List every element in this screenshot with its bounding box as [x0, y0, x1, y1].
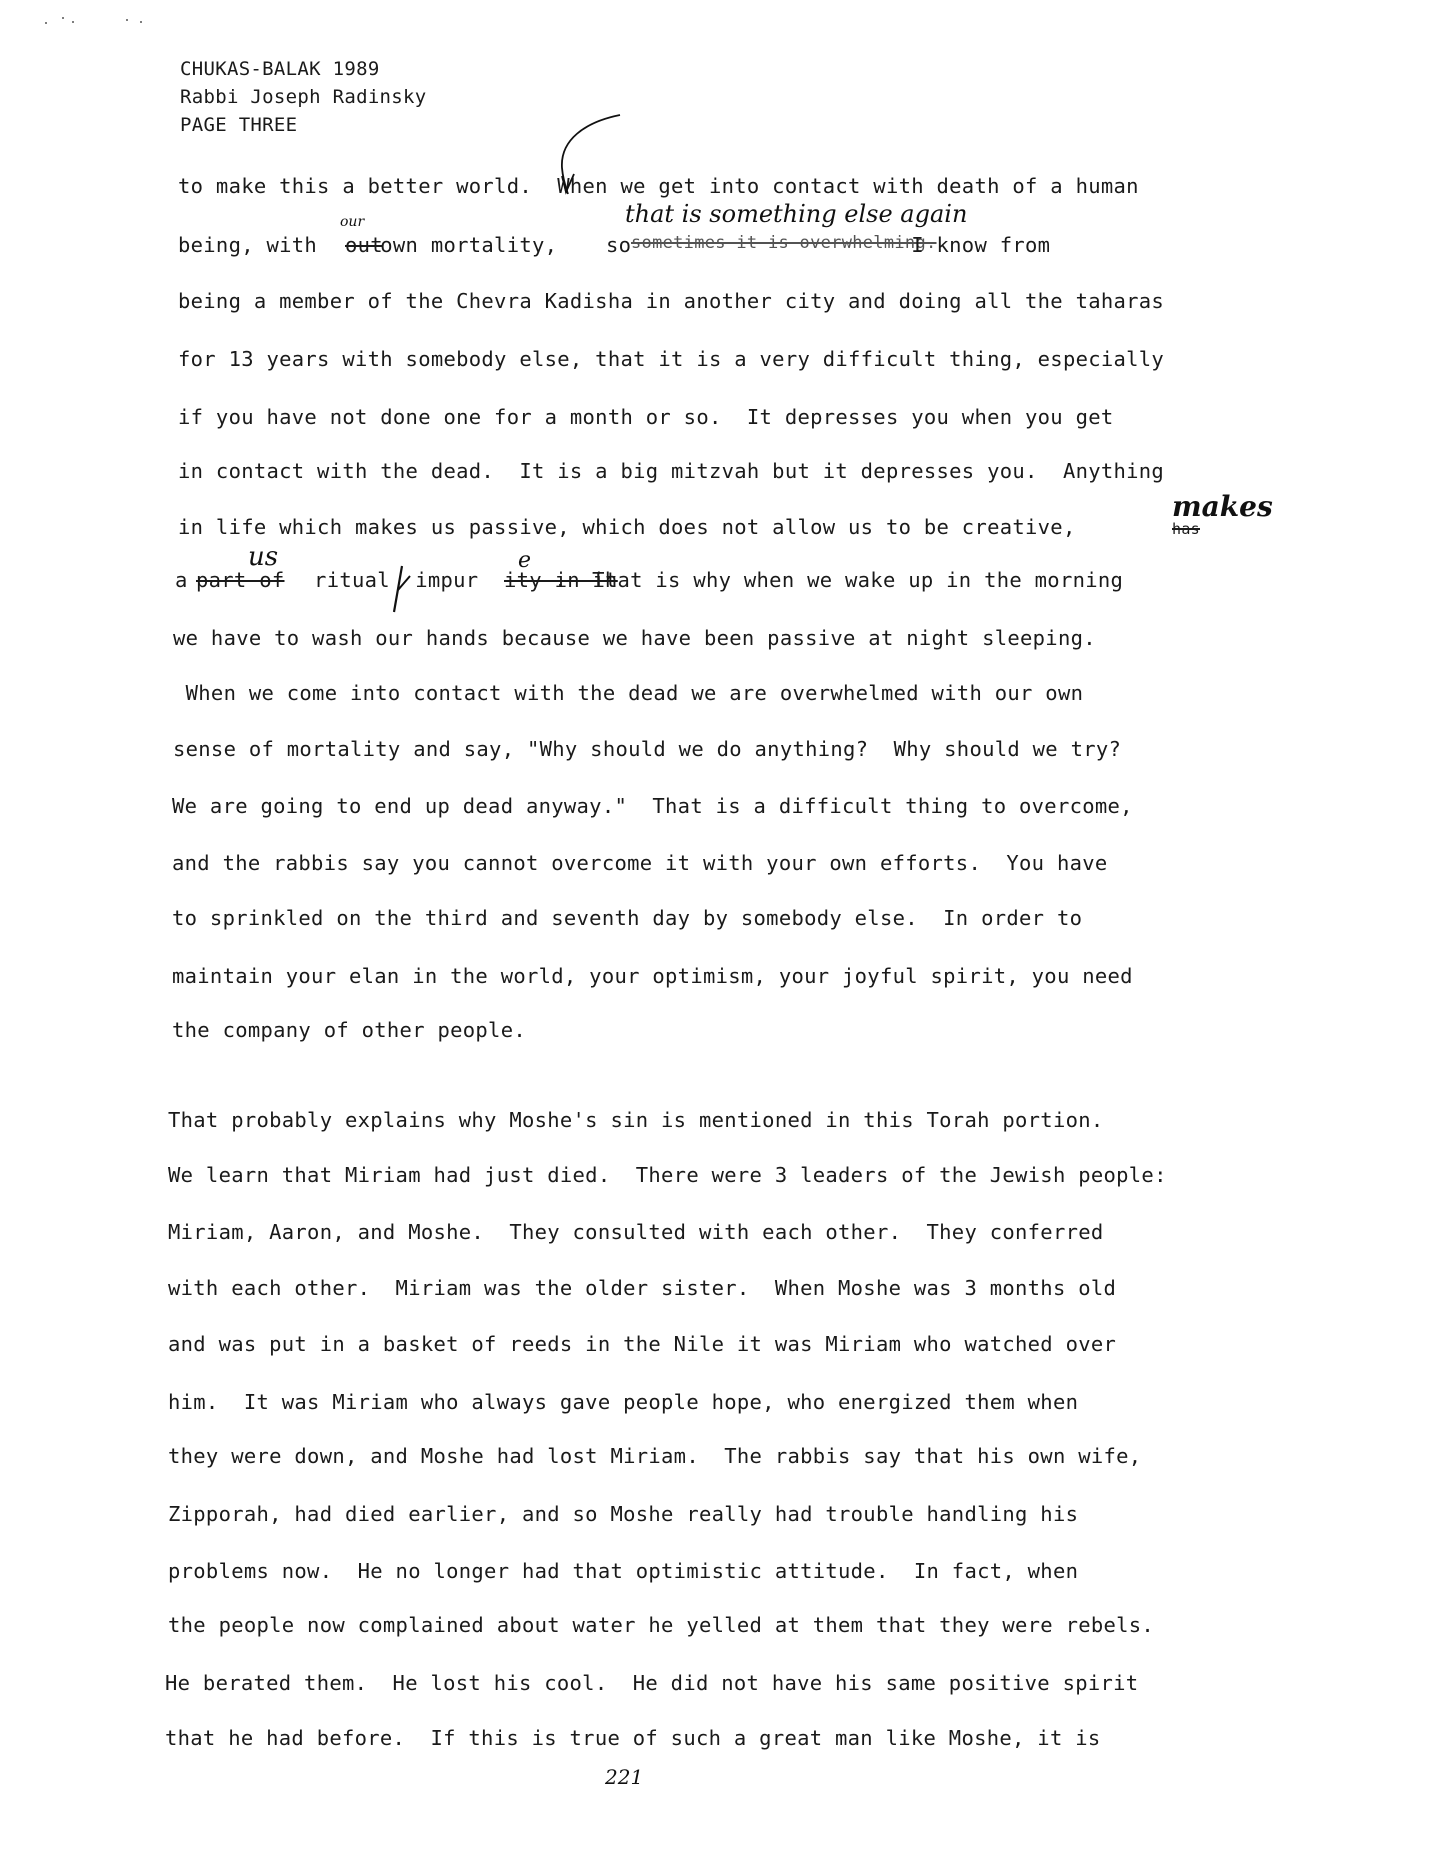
text-line: for 13 years with somebody else, that it… — [178, 347, 1164, 371]
text-line: in life which makes us passive, which do… — [178, 515, 1076, 539]
text-line: we have to wash our hands because we hav… — [173, 626, 1096, 650]
document-title: CHUKAS-BALAK 1989 — [180, 58, 380, 80]
scan-speck — [126, 19, 128, 21]
text-line: and the rabbis say you cannot overcome i… — [172, 851, 1108, 875]
page-label: PAGE THREE — [180, 114, 297, 136]
text-line: to sprinkled on the third and seventh da… — [172, 906, 1082, 930]
text-line: That probably explains why Moshe's sin i… — [168, 1108, 1104, 1132]
text-line: the people now complained about water he… — [168, 1613, 1154, 1637]
text-line: problems now. He no longer had that opti… — [168, 1559, 1078, 1583]
text-line: with each other. Miriam was the older si… — [168, 1276, 1116, 1300]
handwritten-insertion: that is something else again — [625, 200, 967, 228]
text-line: in contact with the dead. It is a big mi… — [178, 459, 1164, 483]
text-line: if you have not done one for a month or … — [178, 405, 1114, 429]
text-line: sense of mortality and say, "Why should … — [173, 737, 1121, 761]
text-line: the company of other people. — [172, 1018, 526, 1042]
handwritten-insertion: makes — [1172, 490, 1273, 523]
scan-speck — [62, 17, 64, 19]
text-line: him. It was Miriam who always gave peopl… — [168, 1390, 1078, 1414]
text-line: Miriam, Aaron, and Moshe. They consulted… — [168, 1220, 1104, 1244]
scan-speck — [72, 21, 74, 23]
text-line: maintain your elan in the world, your op… — [172, 964, 1133, 988]
struck-phrase: sometimes it is overwhelming. — [631, 233, 937, 253]
text-line: being a member of the Chevra Kadisha in … — [178, 289, 1164, 313]
scan-speck — [45, 22, 47, 24]
text-line: they were down, and Moshe had lost Miria… — [168, 1444, 1141, 1468]
text-line: He berated them. He lost his cool. He di… — [165, 1671, 1138, 1695]
text-fragment: so — [606, 233, 631, 257]
document-author: Rabbi Joseph Radinsky — [180, 86, 427, 108]
text-line: Zipporah, had died earlier, and so Moshe… — [168, 1502, 1078, 1526]
text-line: that he had before. If this is true of s… — [165, 1726, 1101, 1750]
text-line: When we come into contact with the dead … — [173, 681, 1083, 705]
scan-speck — [140, 21, 142, 23]
handwritten-insertion: us — [248, 542, 278, 572]
text-line: a ritual impur . That is why when we wak… — [175, 568, 1123, 592]
text-line: and was put in a basket of reeds in the … — [168, 1332, 1116, 1356]
page-number-mark: 221 — [605, 1765, 643, 1789]
struck-word: out — [345, 233, 383, 257]
text-line: to make this a better world. When we get… — [178, 174, 1139, 198]
document-page: CHUKAS-BALAK 1989 Rabbi Joseph Radinsky … — [0, 0, 1430, 1851]
handwritten-insertion: our — [340, 214, 364, 230]
text-line: We learn that Miriam had just died. Ther… — [168, 1163, 1167, 1187]
handwritten-insertion: e — [518, 548, 531, 573]
text-line: We are going to end up dead anyway." Tha… — [172, 794, 1133, 818]
